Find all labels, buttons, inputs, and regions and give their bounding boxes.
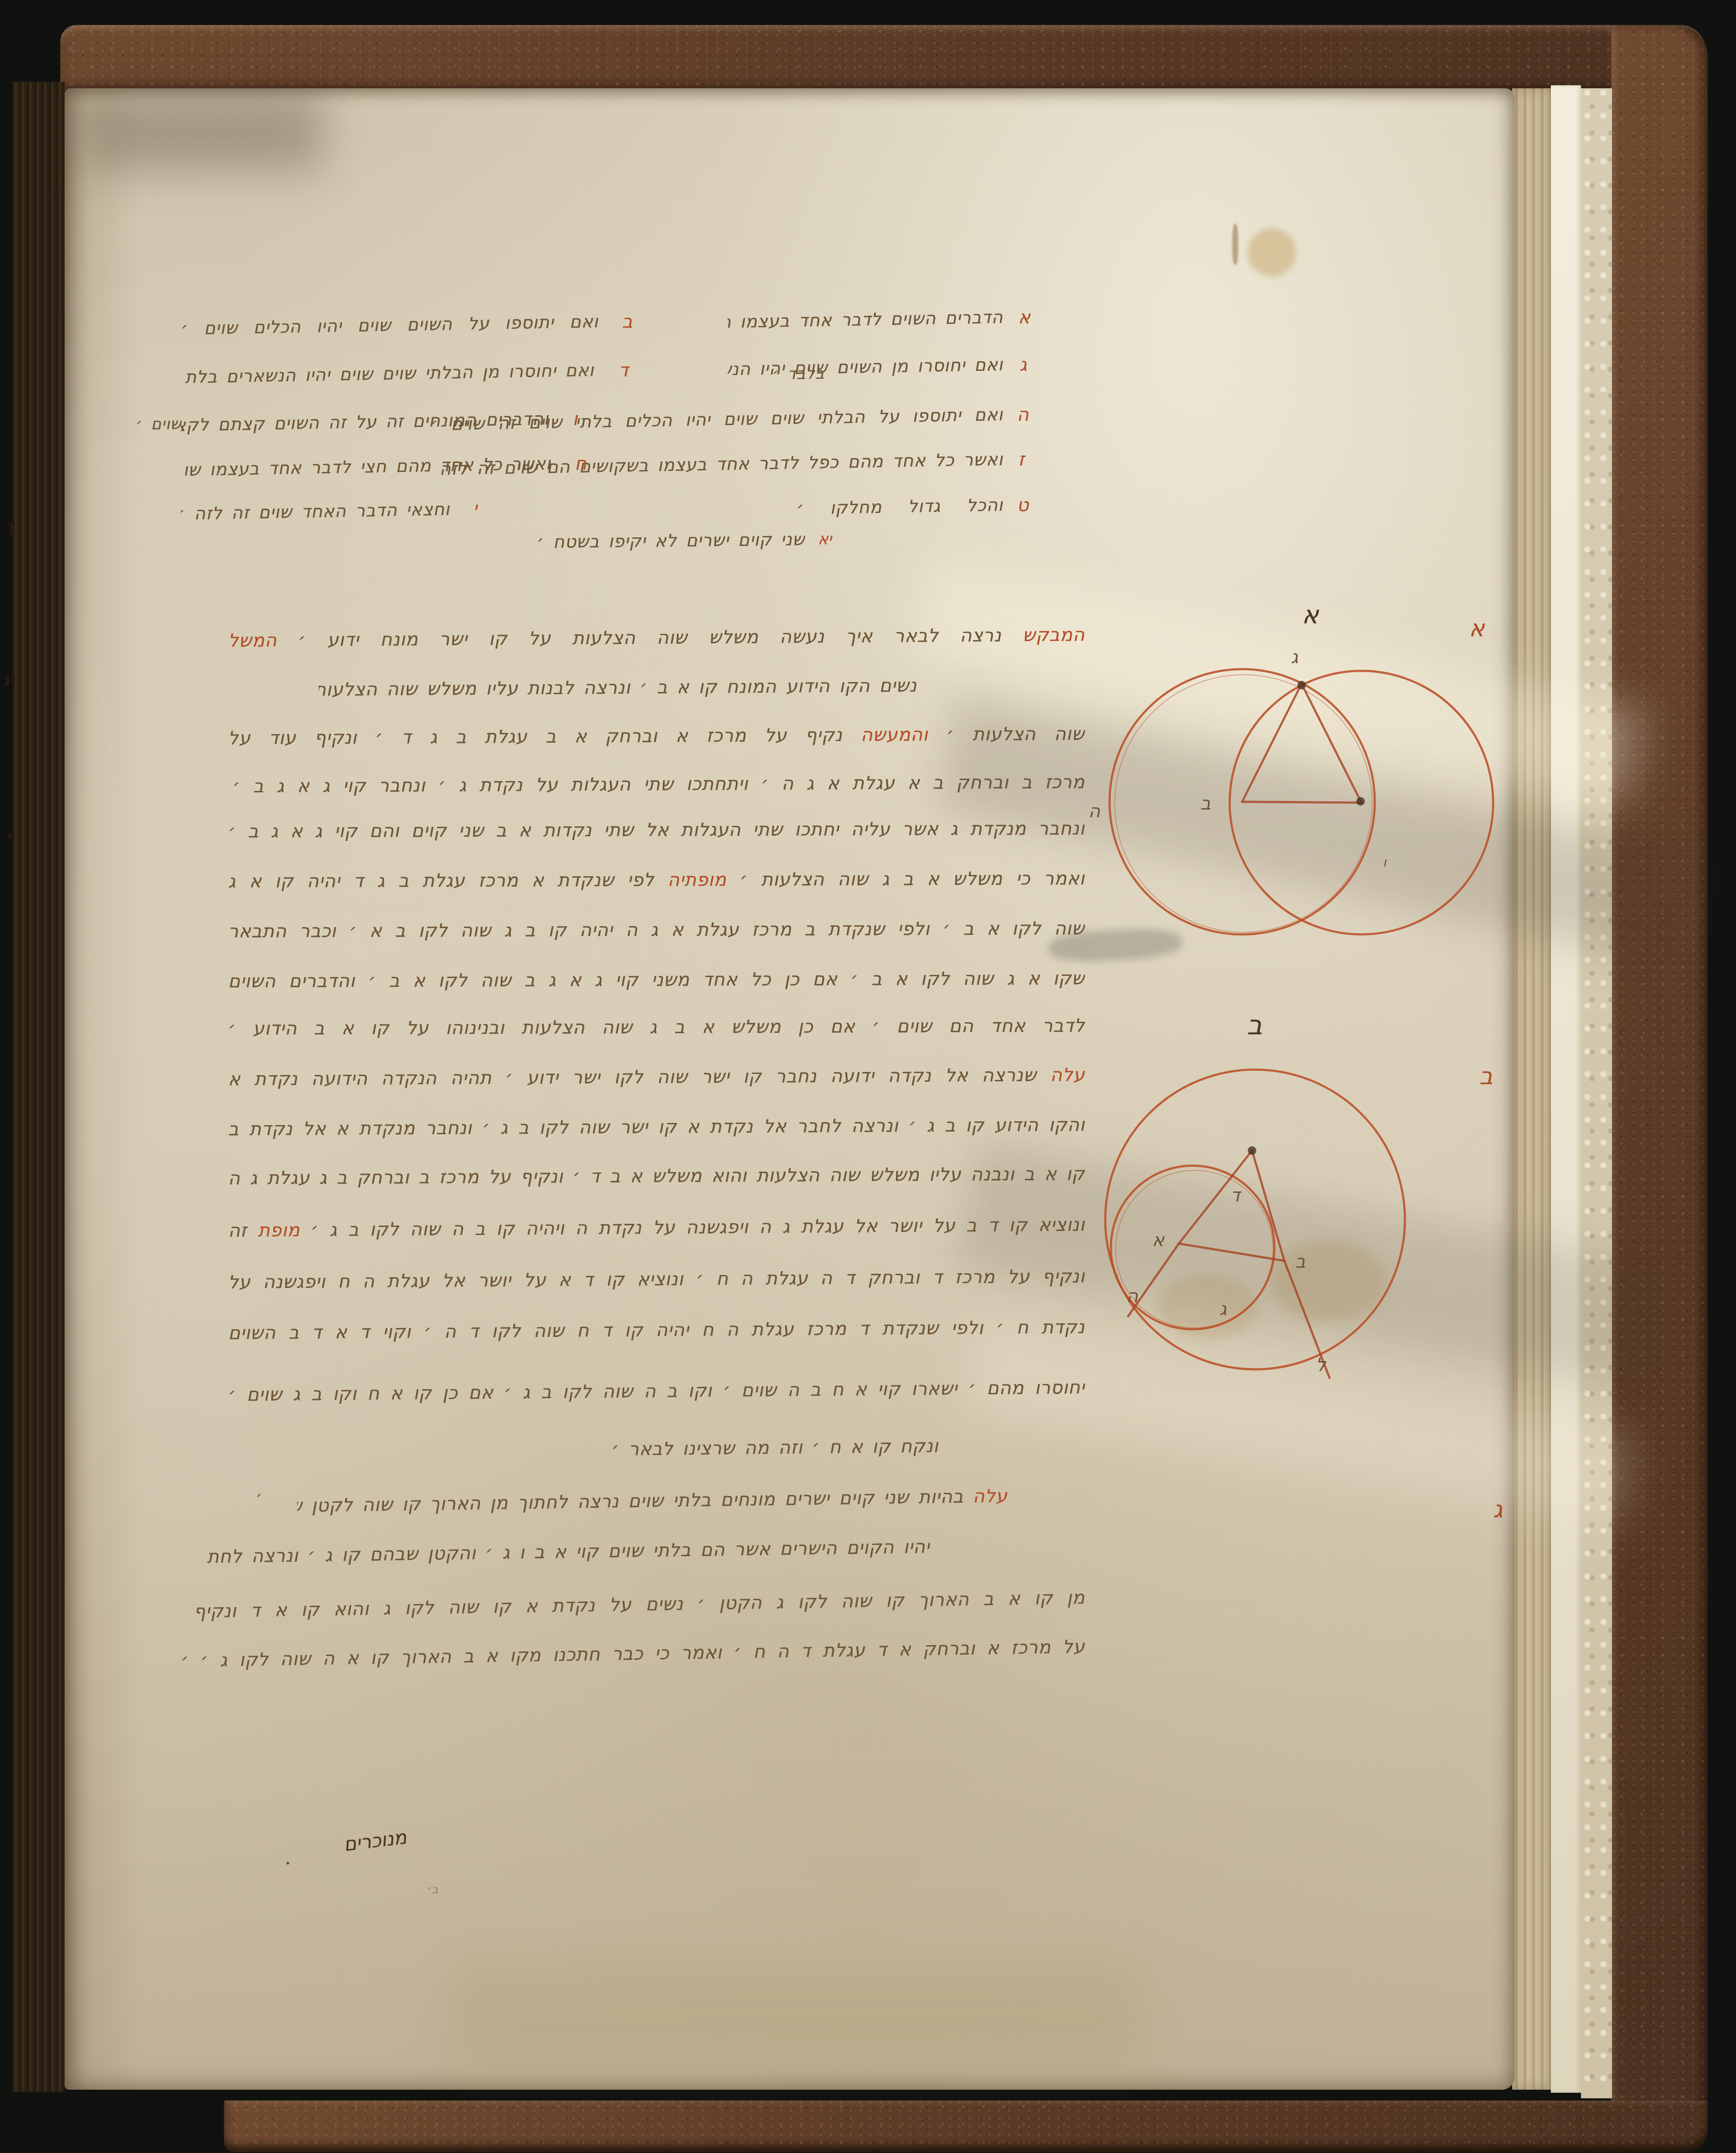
axiom-marker: י <box>474 499 477 518</box>
axiom-marker: ה <box>1017 404 1029 425</box>
margin-proposition-number: ג <box>1493 1496 1503 1523</box>
manuscript-photo: { "meta": { "content_kind": "hebrew-geom… <box>0 0 1736 2153</box>
axiom-marker: ג <box>1020 354 1027 375</box>
tiny-quire-mark: ב׳ <box>427 1883 438 1896</box>
gutter-ghost-mark: ג <box>3 672 9 689</box>
margin-proposition-number: א <box>1469 615 1485 642</box>
margin-proposition-number: ב <box>1479 1063 1493 1090</box>
figure-number-label: א <box>1302 600 1319 630</box>
marginalia-layer: אגהזטבדוחייאאבגאבמנוכרים•ב׳ךגי <box>0 0 1736 2153</box>
gutter-ghost-mark: י <box>7 829 10 846</box>
figure-number-label: ב <box>1247 1009 1262 1041</box>
axiom-marker: ב <box>622 311 632 332</box>
axiom-marker: ו <box>573 408 577 429</box>
gutter-ghost-mark: ך <box>5 519 13 536</box>
axiom-marker: ט <box>1017 494 1029 515</box>
axiom-marker: א <box>1018 307 1030 328</box>
axiom-marker: ח <box>575 453 586 474</box>
axiom-marker: ז <box>1018 449 1025 470</box>
catchword-note: מנוכרים <box>342 1826 408 1855</box>
axiom-marker: ד <box>619 360 629 381</box>
axiom-marker: יא <box>818 530 832 548</box>
ink-dot: • <box>285 1858 291 1869</box>
